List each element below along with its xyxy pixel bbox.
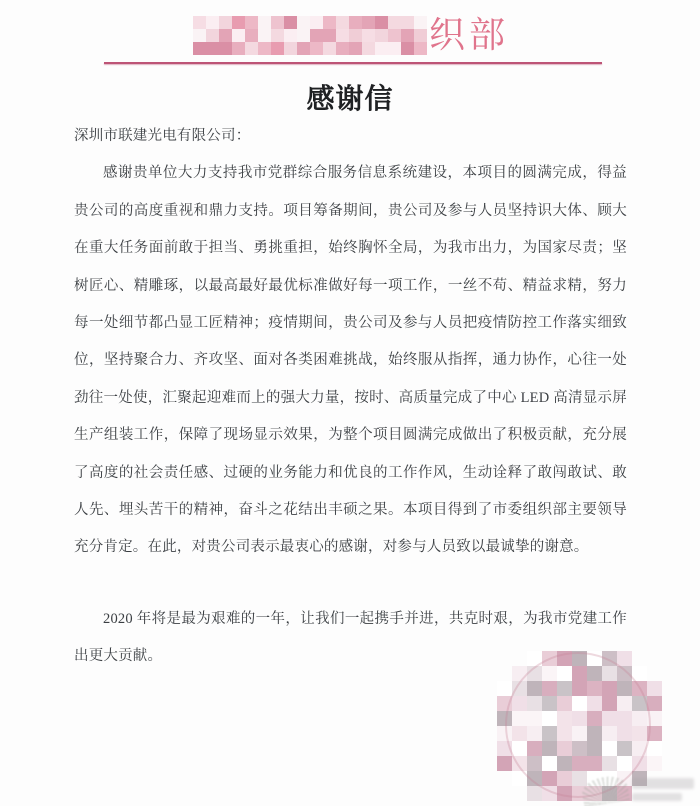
- body-line: 2020 年将是最为艰难的一年，让我们一起携手并进，共克时艰，为我市党建工作做: [74, 601, 627, 638]
- mosaic-block: [206, 29, 219, 42]
- mosaic-block: [284, 16, 297, 29]
- watermark-logo: [582, 752, 700, 804]
- mosaic-block: [647, 666, 662, 681]
- mosaic-block: [245, 42, 258, 55]
- mosaic-block: [336, 29, 349, 42]
- mosaic-block: [232, 16, 245, 29]
- scanned-letter: 织部 感谢信 深圳市联建光电有限公司： 感谢贵单位大力支持我市党群综合服务信息系…: [0, 0, 700, 806]
- mosaic-block: [336, 16, 349, 29]
- letterhead-org-suffix: 织部: [429, 15, 509, 55]
- mosaic-block: [527, 786, 542, 801]
- mosaic-block: [245, 29, 258, 42]
- mosaic-block: [388, 42, 401, 55]
- body-line: 劲往一处使，汇聚起迎难而上的强大力量，按时、高质量完成了中心 LED 高清显示屏…: [74, 380, 627, 417]
- mosaic-block: [401, 16, 414, 29]
- mosaic-block: [271, 42, 284, 55]
- mosaic-block: [258, 42, 271, 55]
- mosaic-block: [232, 42, 245, 55]
- mosaic-block: [206, 42, 219, 55]
- mosaic-block: [497, 786, 512, 801]
- body-line: 贵公司的高度重视和鼎力支持。项目筹备期间，贵公司及参与人员坚持识大体、顾大局、: [74, 193, 627, 230]
- salutation: 深圳市联建光电有限公司：: [74, 118, 627, 155]
- mosaic-block: [375, 16, 388, 29]
- letterhead: 织部: [193, 15, 509, 55]
- mosaic-block: [336, 42, 349, 55]
- censored-org-name-mosaic: [193, 16, 427, 55]
- mosaic-block: [497, 771, 512, 786]
- letterhead-rule: [104, 62, 602, 64]
- mosaic-block: [284, 29, 297, 42]
- body-line: 感谢贵单位大力支持我市党群综合服务信息系统建设，本项目的圆满完成，得益于: [74, 155, 627, 192]
- mosaic-block: [497, 756, 512, 771]
- mosaic-block: [271, 29, 284, 42]
- mosaic-block: [193, 16, 206, 29]
- mosaic-block: [362, 29, 375, 42]
- mosaic-block: [388, 29, 401, 42]
- body-line: 人先、埋头苦干的精神，奋斗之花结出丰硕之果。本项目得到了市委组织部主要领导的: [74, 492, 627, 529]
- mosaic-block: [632, 651, 647, 666]
- mosaic-block: [297, 16, 310, 29]
- watermark-text-line: [632, 793, 682, 801]
- mosaic-block: [349, 16, 362, 29]
- mosaic-block: [297, 29, 310, 42]
- mosaic-block: [512, 786, 527, 801]
- mosaic-block: [271, 16, 284, 29]
- mosaic-block: [414, 29, 427, 42]
- mosaic-block: [349, 29, 362, 42]
- mosaic-block: [647, 681, 662, 696]
- letter-body: 深圳市联建光电有限公司： 感谢贵单位大力支持我市党群综合服务信息系统建设，本项目…: [74, 118, 627, 675]
- mosaic-block: [258, 29, 271, 42]
- mosaic-block: [617, 651, 632, 666]
- body-line: 充分肯定。在此，对贵公司表示最衷心的感谢，对参与人员致以最诚挚的谢意。: [74, 529, 627, 566]
- mosaic-block: [193, 42, 206, 55]
- watermark-text-blur: [632, 778, 694, 804]
- mosaic-block: [323, 16, 336, 29]
- watermark-text-line: [632, 778, 694, 789]
- mosaic-block: [401, 42, 414, 55]
- mosaic-block: [323, 42, 336, 55]
- mosaic-block: [497, 651, 512, 666]
- mosaic-block: [284, 42, 297, 55]
- mosaic-block: [401, 29, 414, 42]
- mosaic-block: [414, 16, 427, 29]
- mosaic-block: [414, 42, 427, 55]
- mosaic-block: [497, 681, 512, 696]
- mosaic-block: [258, 16, 271, 29]
- mosaic-block: [219, 29, 232, 42]
- mosaic-block: [310, 16, 323, 29]
- mosaic-block: [362, 16, 375, 29]
- mosaic-block: [512, 651, 527, 666]
- body-line: 位，坚持聚合力、齐攻坚、面对各类困难挑战，始终服从指挥，通力协作，心往一处想、: [74, 342, 627, 379]
- mosaic-block: [323, 29, 336, 42]
- fan-icon: [580, 773, 630, 806]
- mosaic-block: [375, 42, 388, 55]
- letter-title: 感谢信: [0, 84, 700, 114]
- body-line: 生产组装工作，保障了现场显示效果，为整个项目圆满完成做出了积极贡献，充分展现: [74, 417, 627, 454]
- mosaic-block: [219, 16, 232, 29]
- mosaic-block: [497, 666, 512, 681]
- mosaic-block: [349, 42, 362, 55]
- mosaic-block: [219, 42, 232, 55]
- body-line: 每一处细节都凸显工匠精神；疫情期间，贵公司及参与人员把疫情防控工作落实细致到: [74, 305, 627, 342]
- mosaic-block: [362, 42, 375, 55]
- mosaic-block: [647, 651, 662, 666]
- body-line: 树匠心、精雕琢，以最高最好最优标准做好每一项工作，一丝不苟、精益求精，努力让: [74, 268, 627, 305]
- body-line: 了高度的社会责任感、过硬的业务能力和优良的工作作风，生动诠释了敢闯敢试、敢为: [74, 455, 627, 492]
- mosaic-block: [193, 29, 206, 42]
- mosaic-block: [388, 16, 401, 29]
- mosaic-block: [310, 42, 323, 55]
- body-line: 在重大任务面前敢于担当、勇挑重担，始终胸怀全局，为我市出力，为国家尽责；坚持: [74, 230, 627, 267]
- mosaic-block: [245, 16, 258, 29]
- mosaic-block: [375, 29, 388, 42]
- mosaic-block: [206, 16, 219, 29]
- mosaic-block: [232, 29, 245, 42]
- mosaic-block: [297, 42, 310, 55]
- mosaic-block: [310, 29, 323, 42]
